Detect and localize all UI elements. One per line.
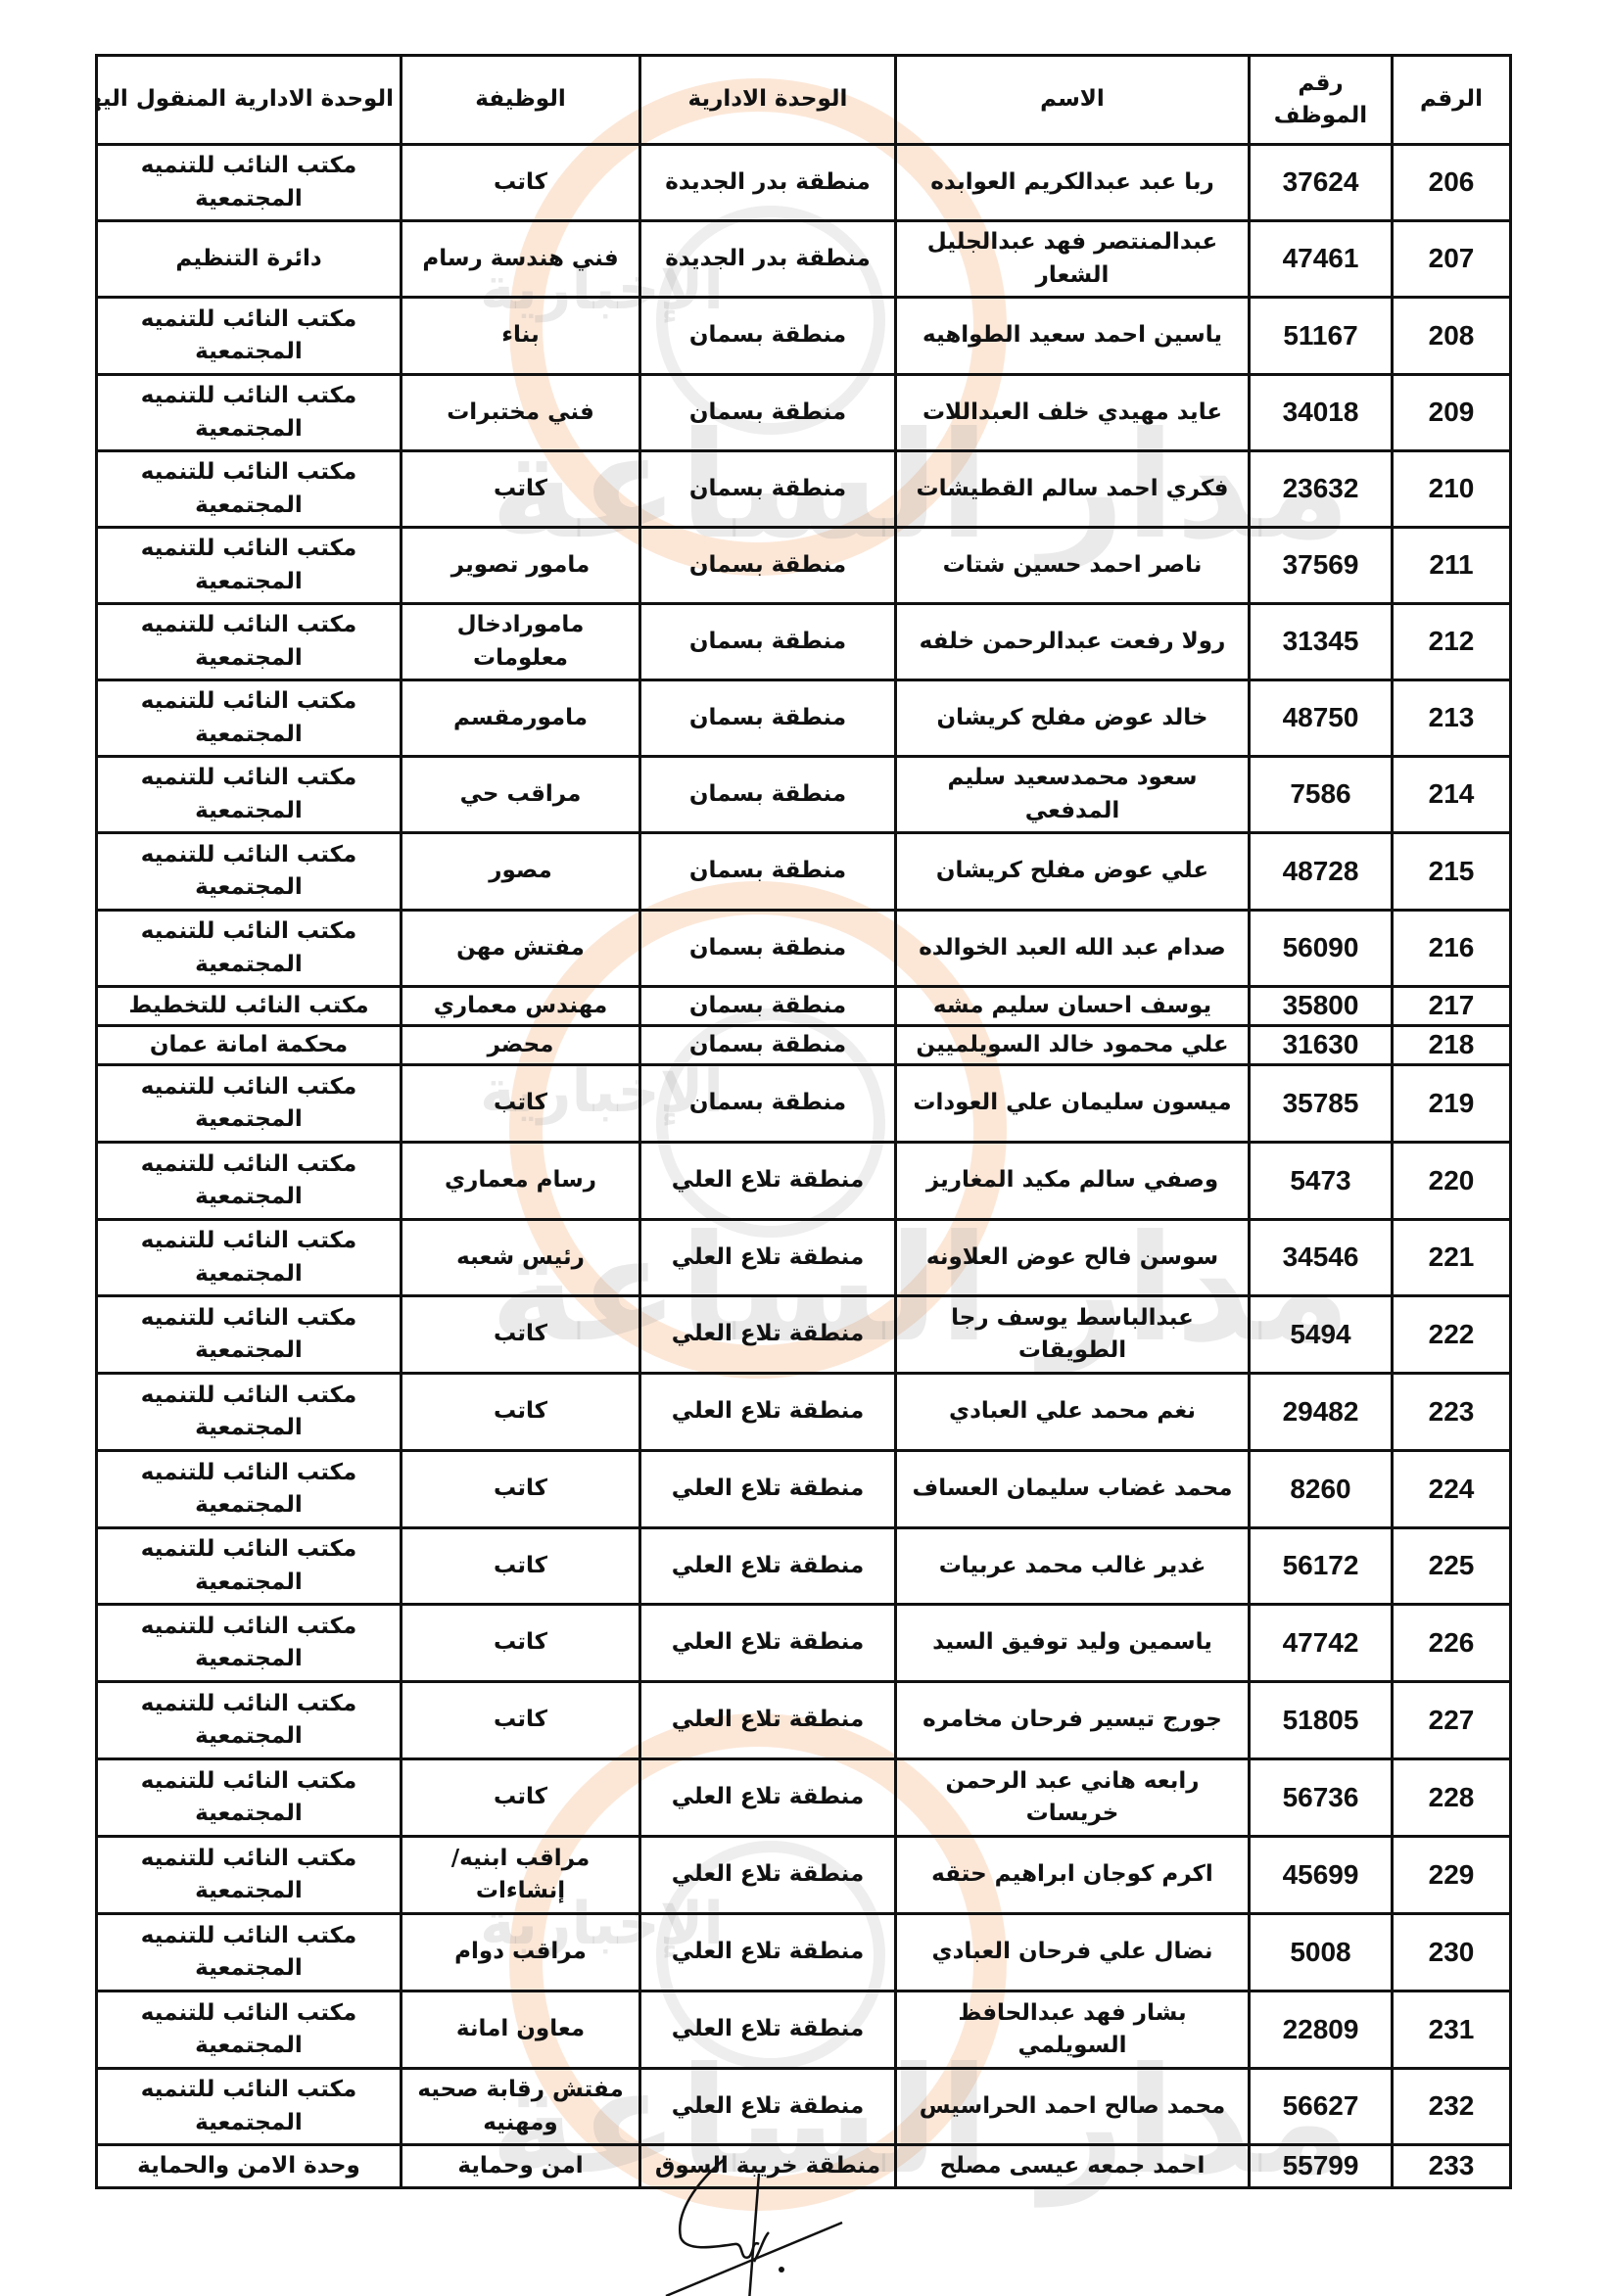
admin-unit: منطقة بسمان (640, 1065, 896, 1143)
employee-id: 55799 (1250, 2145, 1393, 2188)
employee-name: عبدالمنتصر فهد عبدالجليل الشعار (896, 221, 1250, 298)
transferred-to-unit: مكتب النائب للتنميه المجتمعية (97, 1914, 402, 1991)
row-number: 209 (1393, 375, 1511, 451)
admin-unit: منطقة بدر الجديدة (640, 145, 896, 221)
job-title: كاتب (402, 1605, 640, 1682)
employee-name: عبدالباسط يوسف رجا الطويقات (896, 1296, 1250, 1374)
transferred-to-unit: مكتب النائب للتنميه المجتمعية (97, 680, 402, 757)
admin-unit: منطقة تلاع العلي (640, 1374, 896, 1451)
job-title: فني مختبرات (402, 375, 640, 451)
header-no: الرقم (1393, 56, 1511, 145)
table-row: 21231345رولا رفعت عبدالرحمن خلفهمنطقة بس… (97, 604, 1511, 680)
transferred-to-unit: مكتب النائب للتنميه المجتمعية (97, 1605, 402, 1682)
job-title: كاتب (402, 1374, 640, 1451)
table-row: 2205473وصفي سالم مكيد المغاريزمنطقة تلاع… (97, 1143, 1511, 1220)
job-title: مفتش مهن (402, 911, 640, 987)
employee-name: بشار فهد عبدالحافظ السويلمي (896, 1991, 1250, 2069)
header-admin-unit: الوحدة الادارية (640, 56, 896, 145)
transferred-to-unit: وحدة الامن والحماية (97, 2145, 402, 2188)
employee-name: علي عوض مفلح كريشان (896, 833, 1250, 911)
employee-id: 8260 (1250, 1451, 1393, 1528)
employee-id: 29482 (1250, 1374, 1393, 1451)
admin-unit: منطقة بسمان (640, 604, 896, 680)
job-title: كاتب (402, 1528, 640, 1605)
employee-id: 35785 (1250, 1065, 1393, 1143)
job-title: فني هندسة رسام (402, 221, 640, 298)
admin-unit: منطقة تلاع العلي (640, 1759, 896, 1837)
table-row: 20747461عبدالمنتصر فهد عبدالجليل الشعارم… (97, 221, 1511, 298)
employee-name: رولا رفعت عبدالرحمن خلفه (896, 604, 1250, 680)
row-number: 216 (1393, 911, 1511, 987)
employee-id: 56627 (1250, 2069, 1393, 2145)
admin-unit: منطقة تلاع العلي (640, 1528, 896, 1605)
transferred-to-unit: مكتب النائب للتنميه المجتمعية (97, 1451, 402, 1528)
admin-unit: منطقة تلاع العلي (640, 1837, 896, 1914)
admin-unit: منطقة بسمان (640, 451, 896, 528)
job-title: مصور (402, 833, 640, 911)
row-number: 207 (1393, 221, 1511, 298)
table-row: 21831630علي محمود خالد السويلميينمنطقة ب… (97, 1026, 1511, 1065)
job-title: كاتب (402, 1759, 640, 1837)
row-number: 232 (1393, 2069, 1511, 2145)
admin-unit: منطقة بسمان (640, 757, 896, 833)
transferred-to-unit: مكتب النائب للتنميه المجتمعية (97, 604, 402, 680)
employee-id: 5008 (1250, 1914, 1393, 1991)
row-number: 213 (1393, 680, 1511, 757)
row-number: 206 (1393, 145, 1511, 221)
admin-unit: منطقة تلاع العلي (640, 1451, 896, 1528)
employee-id: 37569 (1250, 528, 1393, 604)
employee-id: 7586 (1250, 757, 1393, 833)
job-title: مامورادخال معلومات (402, 604, 640, 680)
employee-id: 37624 (1250, 145, 1393, 221)
job-title: رئيس شعبه (402, 1220, 640, 1296)
job-title: امن وحماية (402, 2145, 640, 2188)
job-title: كاتب (402, 1451, 640, 1528)
admin-unit: منطقة بسمان (640, 680, 896, 757)
employee-id: 45699 (1250, 1837, 1393, 1914)
job-title: مفتش رقابة صحيه ومهنيه (402, 2069, 640, 2145)
admin-unit: منطقة بسمان (640, 1026, 896, 1065)
row-number: 222 (1393, 1296, 1511, 1374)
transferred-to-unit: مكتب النائب للتنميه المجتمعية (97, 1143, 402, 1220)
employee-name: محمد صالح احمد الحراسيس (896, 2069, 1250, 2145)
employee-id: 31345 (1250, 604, 1393, 680)
transferred-to-unit: مكتب النائب للتنميه المجتمعية (97, 757, 402, 833)
job-title: بناء (402, 298, 640, 375)
employee-id: 35800 (1250, 987, 1393, 1026)
job-title: مامور تصوير (402, 528, 640, 604)
row-number: 208 (1393, 298, 1511, 375)
employee-name: اكرم كوجان ابراهيم حتقه (896, 1837, 1250, 1914)
table-row: 22856736رابعه هاني عبد الرحمن خريساتمنطق… (97, 1759, 1511, 1837)
employee-id: 5473 (1250, 1143, 1393, 1220)
row-number: 219 (1393, 1065, 1511, 1143)
job-title: معاون امانة (402, 1991, 640, 2069)
employee-id: 56172 (1250, 1528, 1393, 1605)
transfer-table: الرقم رقم الموظف الاسم الوحدة الادارية ا… (95, 54, 1512, 2189)
table-row: 21137569ناصر احمد حسين شتاتمنطقة بسمانما… (97, 528, 1511, 604)
employee-name: نضال علي فرحان العبادي (896, 1914, 1250, 1991)
table-row: 22751805جورج تيسير فرحان مخامرهمنطقة تلا… (97, 1682, 1511, 1759)
row-number: 227 (1393, 1682, 1511, 1759)
employee-name: عايد مهيدي خلف العبداللات (896, 375, 1250, 451)
transferred-to-unit: مكتب النائب للتنميه المجتمعية (97, 833, 402, 911)
employee-name: محمد غضاب سليمان العساف (896, 1451, 1250, 1528)
table-row: 20851167ياسين احمد سعيد الطواهيهمنطقة بس… (97, 298, 1511, 375)
job-title: مراقب ابنيه/إنشاءات (402, 1837, 640, 1914)
employee-id: 48728 (1250, 833, 1393, 911)
employee-name: علي محمود خالد السويلميين (896, 1026, 1250, 1065)
row-number: 214 (1393, 757, 1511, 833)
employee-name: جورج تيسير فرحان مخامره (896, 1682, 1250, 1759)
employee-name: صدام عبد الله العبد الخوالده (896, 911, 1250, 987)
admin-unit: منطقة تلاع العلي (640, 1220, 896, 1296)
job-title: رسام معماري (402, 1143, 640, 1220)
employee-name: نغم محمد علي العبادي (896, 1374, 1250, 1451)
row-number: 211 (1393, 528, 1511, 604)
row-number: 212 (1393, 604, 1511, 680)
employee-id: 56736 (1250, 1759, 1393, 1837)
job-title: مامورمقسم (402, 680, 640, 757)
table-row: 22945699اكرم كوجان ابراهيم حتقهمنطقة تلا… (97, 1837, 1511, 1914)
employee-name: غدير غالب محمد عربيات (896, 1528, 1250, 1605)
row-number: 231 (1393, 1991, 1511, 2069)
admin-unit: منطقة بسمان (640, 375, 896, 451)
transferred-to-unit: مكتب النائب للتنميه المجتمعية (97, 2069, 402, 2145)
employee-id: 31630 (1250, 1026, 1393, 1065)
job-title: مهندس معماري (402, 987, 640, 1026)
transferred-to-unit: مكتب النائب للتنميه المجتمعية (97, 1837, 402, 1914)
admin-unit: منطقة بسمان (640, 911, 896, 987)
employee-id: 5494 (1250, 1296, 1393, 1374)
row-number: 215 (1393, 833, 1511, 911)
job-title: كاتب (402, 1682, 640, 1759)
employee-name: وصفي سالم مكيد المغاريز (896, 1143, 1250, 1220)
table-row: 21935785ميسون سليمان علي العوداتمنطقة بس… (97, 1065, 1511, 1143)
admin-unit: منطقة بسمان (640, 528, 896, 604)
table-row: 20934018عايد مهيدي خلف العبداللاتمنطقة ب… (97, 375, 1511, 451)
table-row: 21348750خالد عوض مفلح كريشانمنطقة بسمانم… (97, 680, 1511, 757)
employee-name: خالد عوض مفلح كريشان (896, 680, 1250, 757)
transferred-to-unit: مكتب النائب للتنميه المجتمعية (97, 298, 402, 375)
transferred-to-unit: مكتب النائب للتنميه المجتمعية (97, 1220, 402, 1296)
row-number: 233 (1393, 2145, 1511, 2188)
row-number: 230 (1393, 1914, 1511, 1991)
employee-id: 56090 (1250, 911, 1393, 987)
employee-id: 51805 (1250, 1682, 1393, 1759)
employee-id: 47742 (1250, 1605, 1393, 1682)
row-number: 220 (1393, 1143, 1511, 1220)
table-row: 22556172غدير غالب محمد عربياتمنطقة تلاع … (97, 1528, 1511, 1605)
job-title: محضر (402, 1026, 640, 1065)
table-row: 2248260محمد غضاب سليمان العسافمنطقة تلاع… (97, 1451, 1511, 1528)
table-row: 22647742ياسمين وليد توفيق السيدمنطقة تلا… (97, 1605, 1511, 1682)
employee-name: فكري احمد سالم القطيشات (896, 451, 1250, 528)
row-number: 229 (1393, 1837, 1511, 1914)
job-title: كاتب (402, 1065, 640, 1143)
admin-unit: منطقة تلاع العلي (640, 1914, 896, 1991)
transferred-to-unit: مكتب النائب للتنميه المجتمعية (97, 1528, 402, 1605)
table-row: 21023632فكري احمد سالم القطيشاتمنطقة بسم… (97, 451, 1511, 528)
employee-name: يوسف احسان سليم مشه (896, 987, 1250, 1026)
employee-id: 34546 (1250, 1220, 1393, 1296)
table-row: 21548728علي عوض مفلح كريشانمنطقة بسمانمص… (97, 833, 1511, 911)
admin-unit: منطقة بسمان (640, 833, 896, 911)
transferred-to-unit: مكتب النائب للتنميه المجتمعية (97, 911, 402, 987)
admin-unit: منطقة بدر الجديدة (640, 221, 896, 298)
admin-unit: منطقة تلاع العلي (640, 1143, 896, 1220)
job-title: كاتب (402, 451, 640, 528)
transferred-to-unit: مكتب النائب للتنميه المجتمعية (97, 145, 402, 221)
job-title: كاتب (402, 1296, 640, 1374)
table-row: 2225494عبدالباسط يوسف رجا الطويقاتمنطقة … (97, 1296, 1511, 1374)
header-name: الاسم (896, 56, 1250, 145)
employee-name: ربا عبد عبدالكريم العوابده (896, 145, 1250, 221)
transferred-to-unit: مكتب النائب للتنميه المجتمعية (97, 375, 402, 451)
transferred-to-unit: مكتب النائب للتنميه المجتمعية (97, 451, 402, 528)
row-number: 228 (1393, 1759, 1511, 1837)
admin-unit: منطقة تلاع العلي (640, 1682, 896, 1759)
table-header-row: الرقم رقم الموظف الاسم الوحدة الادارية ا… (97, 56, 1511, 145)
employee-name: سوسن فالح عوض العلاونه (896, 1220, 1250, 1296)
employee-name: ناصر احمد حسين شتات (896, 528, 1250, 604)
header-transferred-to: الوحدة الادارية المنقول اليها (97, 56, 402, 145)
table-row: 22329482نغم محمد علي العباديمنطقة تلاع ا… (97, 1374, 1511, 1451)
table-row: 2305008نضال علي فرحان العباديمنطقة تلاع … (97, 1914, 1511, 1991)
row-number: 224 (1393, 1451, 1511, 1528)
admin-unit: منطقة بسمان (640, 298, 896, 375)
transferred-to-unit: محكمة امانة عمان (97, 1026, 402, 1065)
transferred-to-unit: مكتب النائب للتخطيط (97, 987, 402, 1026)
signature (627, 2154, 881, 2296)
transferred-to-unit: دائرة التنظيم (97, 221, 402, 298)
table-row: 22134546سوسن فالح عوض العلاونهمنطقة تلاع… (97, 1220, 1511, 1296)
employee-name: ميسون سليمان علي العودات (896, 1065, 1250, 1143)
transferred-to-unit: مكتب النائب للتنميه المجتمعية (97, 1065, 402, 1143)
transferred-to-unit: مكتب النائب للتنميه المجتمعية (97, 1759, 402, 1837)
employee-name: رابعه هاني عبد الرحمن خريسات (896, 1759, 1250, 1837)
transferred-to-unit: مكتب النائب للتنميه المجتمعية (97, 1374, 402, 1451)
transferred-to-unit: مكتب النائب للتنميه المجتمعية (97, 1296, 402, 1374)
transferred-to-unit: مكتب النائب للتنميه المجتمعية (97, 1991, 402, 2069)
admin-unit: منطقة تلاع العلي (640, 2069, 896, 2145)
transferred-to-unit: مكتب النائب للتنميه المجتمعية (97, 1682, 402, 1759)
row-number: 225 (1393, 1528, 1511, 1605)
admin-unit: منطقة تلاع العلي (640, 1991, 896, 2069)
admin-unit: منطقة بسمان (640, 987, 896, 1026)
employee-id: 48750 (1250, 680, 1393, 757)
employee-id: 22809 (1250, 1991, 1393, 2069)
row-number: 218 (1393, 1026, 1511, 1065)
employee-name: سعود محمدسعيد سليم المدفعي (896, 757, 1250, 833)
employee-name: ياسين احمد سعيد الطواهيه (896, 298, 1250, 375)
employee-id: 23632 (1250, 451, 1393, 528)
row-number: 217 (1393, 987, 1511, 1026)
job-title: كاتب (402, 145, 640, 221)
table-row: 21656090صدام عبد الله العبد الخوالدهمنطق… (97, 911, 1511, 987)
admin-unit: منطقة تلاع العلي (640, 1605, 896, 1682)
employee-id: 51167 (1250, 298, 1393, 375)
employee-id: 34018 (1250, 375, 1393, 451)
table-row: 20637624ربا عبد عبدالكريم العوابدهمنطقة … (97, 145, 1511, 221)
transferred-to-unit: مكتب النائب للتنميه المجتمعية (97, 528, 402, 604)
employee-name: احمد جمعه عيسى مصلح (896, 2145, 1250, 2188)
row-number: 226 (1393, 1605, 1511, 1682)
row-number: 221 (1393, 1220, 1511, 1296)
table-body: 20637624ربا عبد عبدالكريم العوابدهمنطقة … (97, 145, 1511, 2188)
row-number: 210 (1393, 451, 1511, 528)
table-row: 23256627محمد صالح احمد الحراسيسمنطقة تلا… (97, 2069, 1511, 2145)
admin-unit: منطقة تلاع العلي (640, 1296, 896, 1374)
header-job: الوظيفة (402, 56, 640, 145)
header-employee-id: رقم الموظف (1250, 56, 1393, 145)
table-row: 21735800يوسف احسان سليم مشهمنطقة بسمانمه… (97, 987, 1511, 1026)
table-row: 23122809بشار فهد عبدالحافظ السويلميمنطقة… (97, 1991, 1511, 2069)
job-title: مراقب حي (402, 757, 640, 833)
employee-name: ياسمين وليد توفيق السيد (896, 1605, 1250, 1682)
employee-id: 47461 (1250, 221, 1393, 298)
table-row: 2147586سعود محمدسعيد سليم المدفعيمنطقة ب… (97, 757, 1511, 833)
row-number: 223 (1393, 1374, 1511, 1451)
job-title: مراقب دوام (402, 1914, 640, 1991)
